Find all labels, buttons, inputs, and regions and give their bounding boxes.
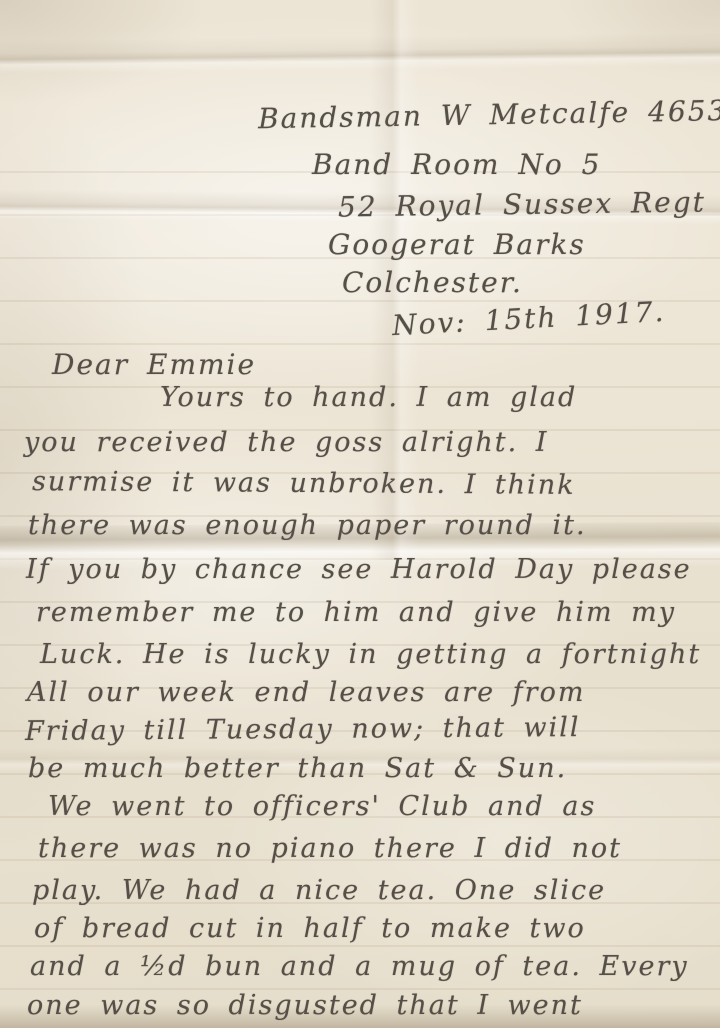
letter-line: and a ½d bun and a mug of tea. Every <box>30 951 689 982</box>
sender-barracks-line: Googerat Barks <box>328 228 586 261</box>
salutation: Dear Emmie <box>52 348 256 381</box>
letter-line: you received the goss alright. I <box>24 427 548 458</box>
sender-town-line: Colchester. <box>342 266 523 299</box>
letter-line: Yours to hand. I am glad <box>160 382 577 413</box>
sender-room-line: Band Room No 5 <box>312 148 601 181</box>
sender-regiment-line: 52 Royal Sussex Regt <box>338 185 706 223</box>
letter-scan: Bandsman W Metcalfe 46534 Band Room No 5… <box>0 0 720 1028</box>
letter-line: be much better than Sat & Sun. <box>28 753 567 784</box>
date-line: Nov: 15th 1917. <box>391 295 666 342</box>
letter-line: Friday till Tuesday now; that will <box>25 712 581 747</box>
letter-line: Luck. He is lucky in getting a fortnight <box>40 639 701 670</box>
letter-line: If you by chance see Harold Day please <box>26 554 692 585</box>
letter-line: of bread cut in half to make two <box>34 913 586 944</box>
letter-line: play. We had a nice tea. One slice <box>32 875 606 906</box>
letter-line: remember me to him and give him my <box>36 597 676 628</box>
letter-line: there was no piano there I did not <box>38 833 622 864</box>
sender-name-line: Bandsman W Metcalfe 46534 <box>258 94 720 136</box>
letter-line: We went to officers' Club and as <box>48 791 596 822</box>
letter-line: All our week end leaves are from <box>27 677 585 708</box>
letter-line: there was enough paper round it. <box>28 510 587 541</box>
letter-line: one was so disgusted that I went <box>27 990 583 1021</box>
letter-line: surmise it was unbroken. I think <box>32 466 576 501</box>
crease-fold-top <box>0 32 720 74</box>
